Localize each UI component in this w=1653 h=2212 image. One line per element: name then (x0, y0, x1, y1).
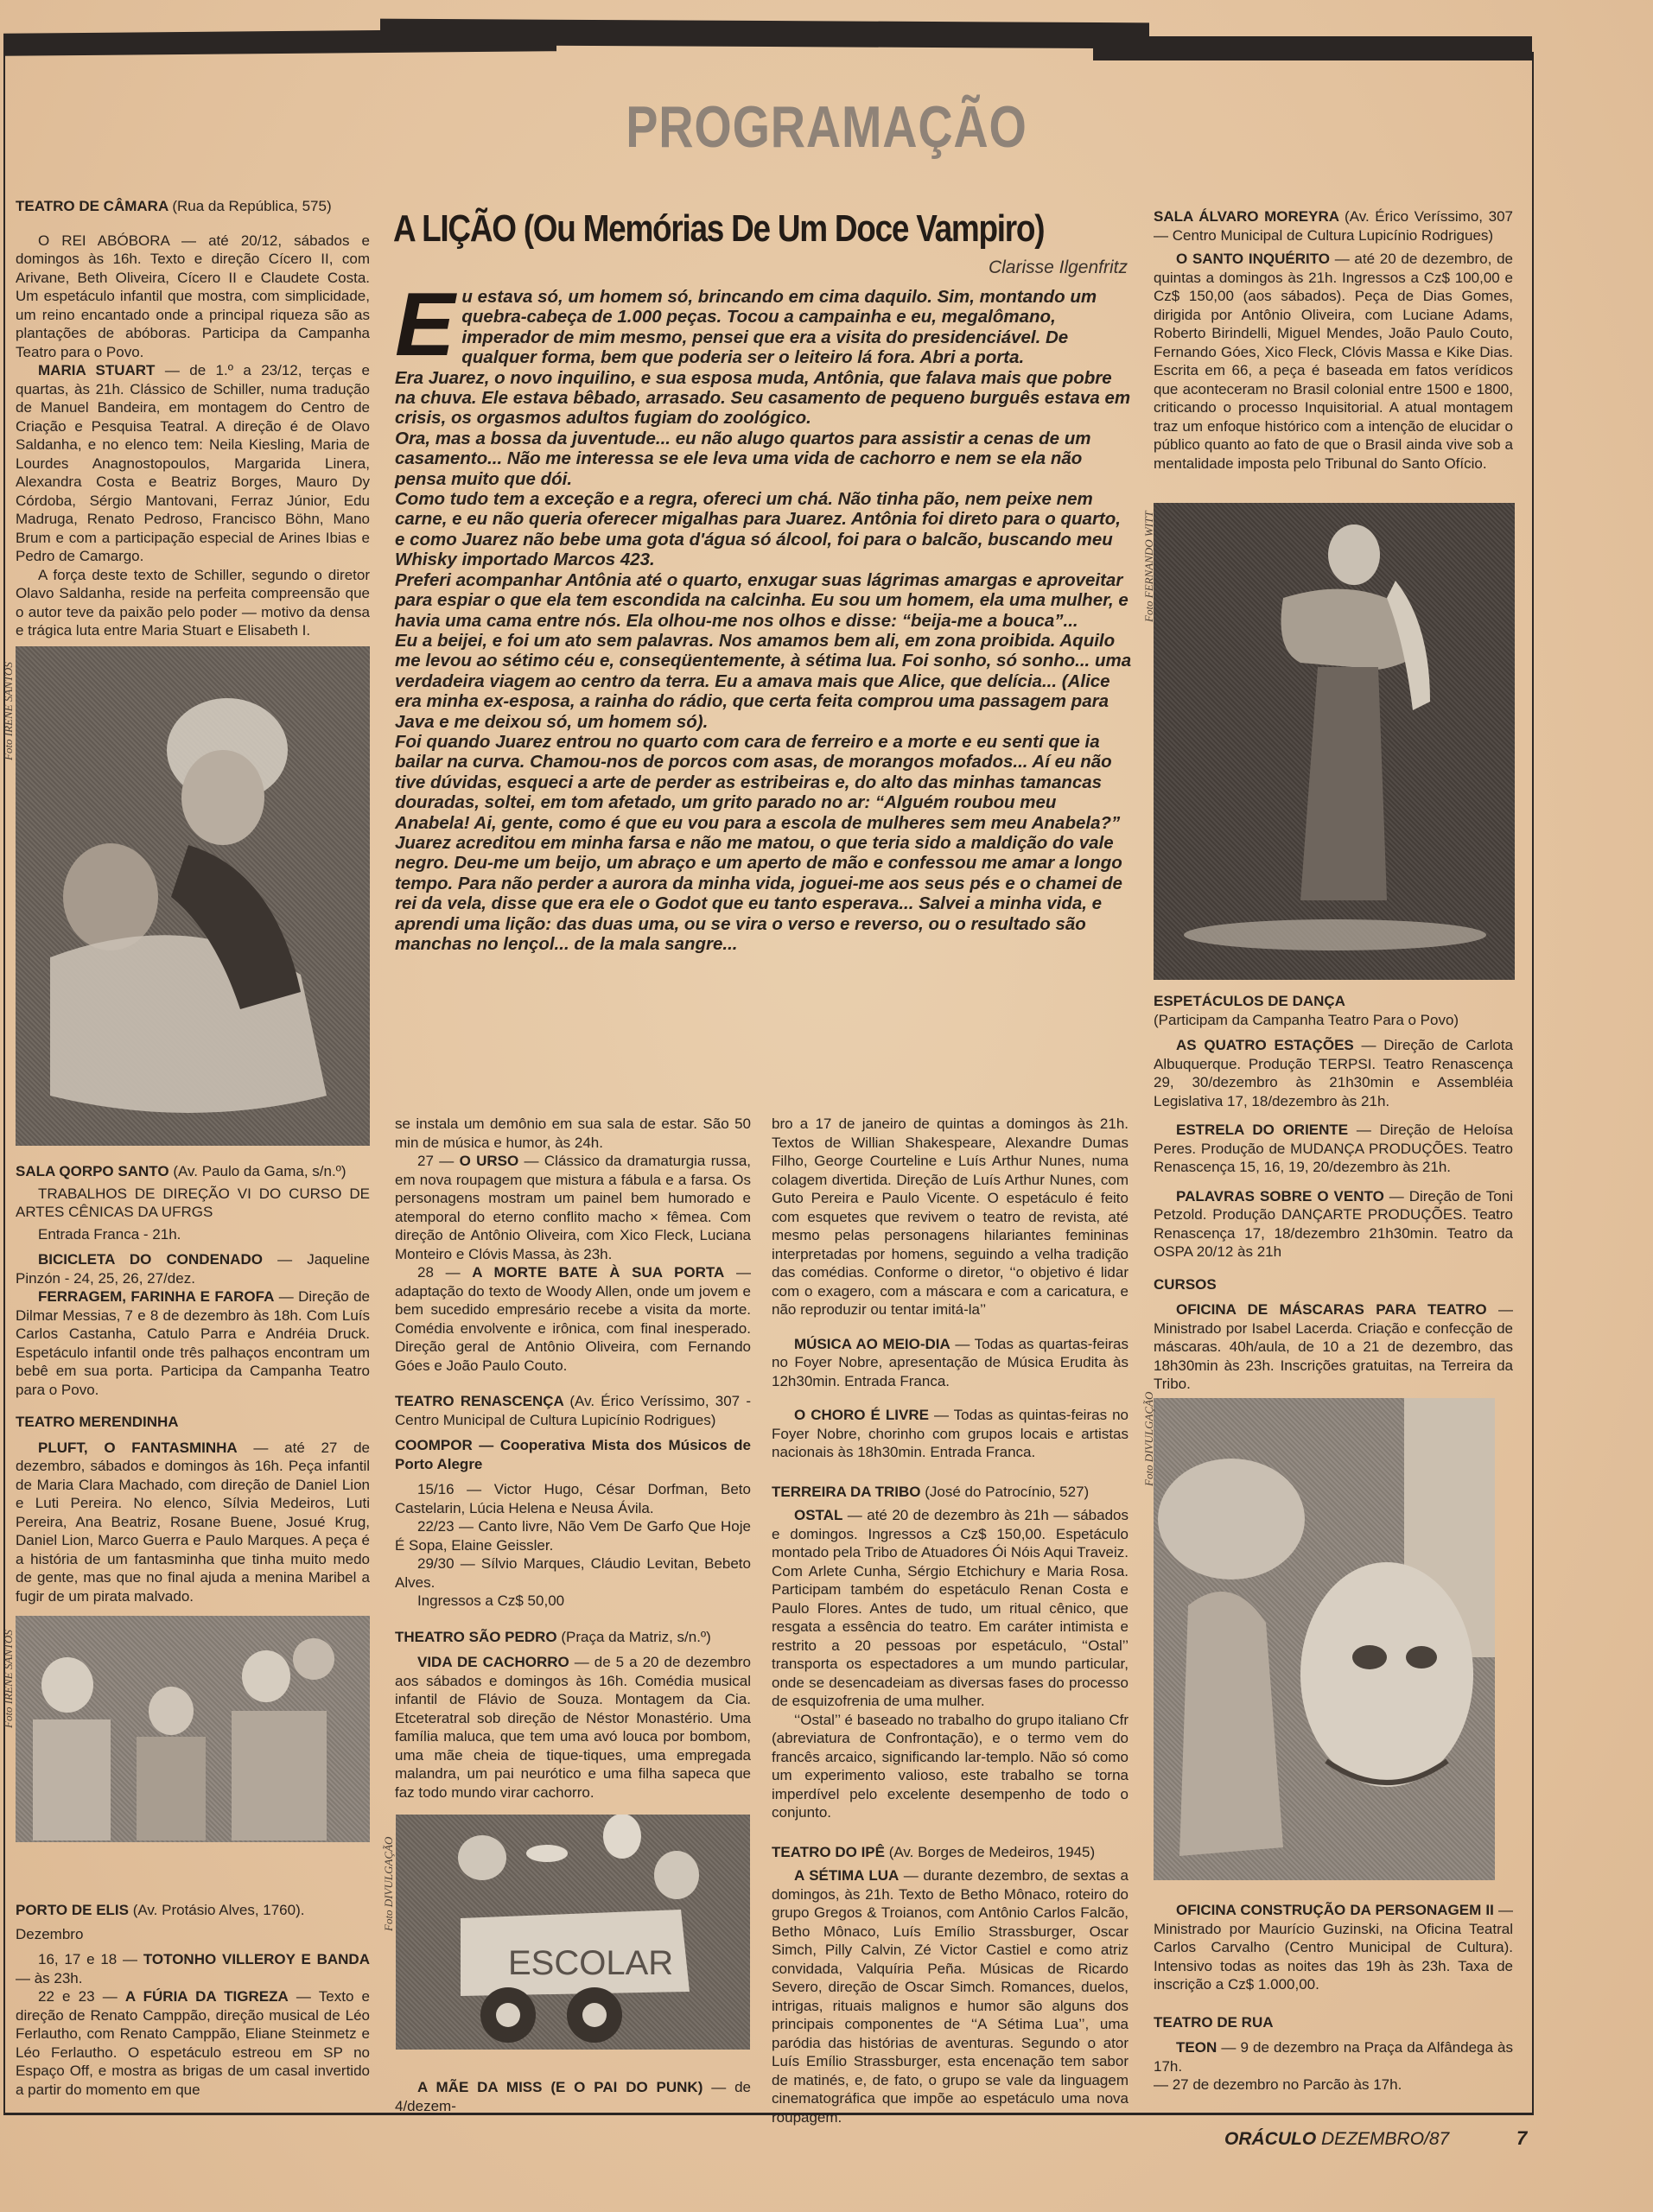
venue-heading: THEATRO SÃO PEDRO (Praça da Matriz, s/n.… (395, 1628, 751, 1647)
listing-entry: ESTRELA DO ORIENTE — Direção de Heloísa … (1154, 1121, 1513, 1177)
listing-entry: TEON — 9 de dezembro na Praça da Alfânde… (1154, 2038, 1513, 2075)
column-4-bottom: OFICINA CONSTRUÇÃO DA PERSONAGEM II — Mi… (1154, 1901, 1513, 2094)
listing-entry: AS QUATRO ESTAÇÕES — Direção de Carlota … (1154, 1036, 1513, 1110)
photo-maria-stuart (16, 646, 370, 1146)
continued-text: bro a 17 de janeiro de quintas a domingo… (772, 1115, 1128, 1319)
venue-heading: TEATRO DE RUA (1154, 2013, 1513, 2032)
photo-credit: Foto FERNANDO WITT (1142, 511, 1156, 622)
month-label: Dezembro (16, 1925, 370, 1944)
venue-heading: PORTO DE ELIS (Av. Protásio Alves, 1760)… (16, 1901, 370, 1920)
listing-entry: TRABALHOS DE DIREÇÃO VI DO CURSO DE ARTE… (16, 1185, 370, 1222)
listing-entry: MARIA STUART — de 1.º a 23/12, terças e … (16, 361, 370, 566)
venue-heading: TEATRO DO IPÊ (Av. Borges de Medeiros, 1… (772, 1843, 1128, 1862)
listing-entry: — 27 de dezembro no Parcão às 17h. (1154, 2075, 1513, 2094)
photo-vida-de-cachorro: ESCOLAR (396, 1815, 750, 2050)
article-paragraph: Foi quando Juarez entrou no quarto com c… (395, 732, 1135, 833)
header-bar (380, 19, 1149, 49)
group-heading: COOMPOR — Cooperativa Mista dos Músicos … (395, 1436, 751, 1473)
footer-publication: ORÁCULO DEZEMBRO/87 (1224, 2129, 1449, 2150)
photo-illustration (1154, 1398, 1495, 1880)
venue-heading: TEATRO MERENDINHA (16, 1413, 370, 1432)
article-paragraph: Era Juarez, o novo inquilino, e sua espo… (395, 368, 1135, 429)
page-number: 7 (1516, 2127, 1527, 2150)
venue-heading: CURSOS (1154, 1275, 1513, 1294)
column-2: se instala um demônio em sua sala de est… (395, 1115, 751, 1802)
venue-heading: SALA QORPO SANTO (Av. Paulo da Gama, s/n… (16, 1162, 370, 1181)
listing-entry: ‘‘Ostal’’ é baseado no trabalho do grupo… (772, 1711, 1128, 1822)
photo-illustration (16, 1616, 370, 1842)
continued-text: se instala um demônio em sua sala de est… (395, 1115, 751, 1152)
listing-entry: FERRAGEM, FARINHA E FAROFA — Direção de … (16, 1287, 370, 1399)
article-paragraph: Como tudo tem a exceção e a regra, ofere… (395, 489, 1135, 570)
listing-entry: 15/16 — Victor Hugo, César Dorfman, Beto… (395, 1480, 751, 1517)
article-paragraph: Eu estava só, um homem só, brincando em … (395, 287, 1135, 368)
listing-entry: A MÃE DA MISS (E O PAI DO PUNK) — de 4/d… (395, 2078, 751, 2115)
photo-illustration: ESCOLAR (396, 1815, 750, 2050)
column-3: bro a 17 de janeiro de quintas a domingo… (772, 1115, 1128, 2126)
article-paragraph: Ora, mas a bossa da juventude... eu não … (395, 429, 1135, 489)
column-1-bottom: PORTO DE ELIS (Av. Protásio Alves, 1760)… (16, 1901, 370, 2099)
listing-entry: O REI ABÓBORA — até 20/12, sábados e dom… (16, 232, 370, 362)
photo-illustration (16, 646, 370, 1146)
listing-entry: Entrada Franca - 21h. (16, 1225, 370, 1244)
listing-entry: VIDA DE CACHORRO — de 5 a 20 de dezembro… (395, 1653, 751, 1802)
listing-entry: 22 e 23 — A FÚRIA DA TIGREZA — Texto e d… (16, 1987, 370, 2099)
listing-entry: OFICINA DE MÁSCARAS PARA TEATRO — Minist… (1154, 1300, 1513, 1394)
article-body: Eu estava só, um homem só, brincando em … (395, 287, 1135, 954)
section-note: (Participam da Campanha Teatro Para o Po… (1154, 1011, 1513, 1030)
column-2-bottom: A MÃE DA MISS (E O PAI DO PUNK) — de 4/d… (395, 2078, 751, 2115)
section-title: PROGRAMAÇÃO (149, 93, 1504, 161)
photo-credit: Foto IRENE SANTOS (2, 1630, 16, 1728)
column-1: TEATRO DE CÂMARA (Rua da República, 575)… (16, 197, 370, 640)
venue-heading: TEATRO RENASCENÇA (Av. Érico Veríssimo, … (395, 1392, 751, 1429)
photo-credit: Foto IRENE SANTOS (2, 662, 16, 760)
listing-entry: A força deste texto de Schiller, segundo… (16, 566, 370, 640)
listing-entry: O CHORO É LIVRE — Todas as quintas-feira… (772, 1406, 1128, 1462)
article-title: A LIÇÃO (Ou Memórias De Um Doce Vampiro) (393, 207, 1025, 251)
article-paragraph: Preferi acompanhar Antônia até o quarto,… (395, 570, 1135, 631)
article-paragraph: Eu a beijei, e foi um ato sem palavras. … (395, 631, 1135, 732)
column-4: SALA ÁLVARO MOREYRA (Av. Érico Veríssimo… (1154, 207, 1513, 473)
listing-entry: MÚSICA AO MEIO-DIA — Todas as quartas-fe… (772, 1335, 1128, 1391)
venue-heading: TEATRO DE CÂMARA (Rua da República, 575) (16, 197, 370, 216)
listing-entry: OSTAL — até 20 de dezembro às 21h — sába… (772, 1506, 1128, 1711)
listing-entry: A SÉTIMA LUA — durante dezembro, de sext… (772, 1866, 1128, 2126)
listing-entry: BICICLETA DO CONDENADO — Jaqueline Pinzó… (16, 1250, 370, 1287)
photo-pluft (16, 1616, 370, 1842)
photo-credit: Foto DIVULGAÇÃO (382, 1837, 396, 1931)
listing-entry: Ingressos a Cz$ 50,00 (395, 1592, 751, 1611)
venue-heading: TERREIRA DA TRIBO (José do Patrocínio, 5… (772, 1483, 1128, 1502)
listing-entry: 27 — O URSO — Clássico da dramaturgia ru… (395, 1152, 751, 1263)
photo-mascaras (1154, 1398, 1495, 1880)
listing-entry: O SANTO INQUÉRITO — até 20 de dezembro, … (1154, 250, 1513, 473)
article-paragraph: Juarez acreditou em minha farsa e não me… (395, 833, 1135, 954)
listing-entry: 29/30 — Sílvio Marques, Cláudio Levitan,… (395, 1554, 751, 1592)
photo-illustration (1154, 503, 1515, 980)
venue-heading: ESPETÁCULOS DE DANÇA (1154, 992, 1513, 1011)
photo-santo-inquerito (1154, 503, 1515, 980)
photo-sign-text: ESCOLAR (508, 1944, 673, 1982)
drop-cap: E (395, 289, 455, 361)
column-1-lower: SALA QORPO SANTO (Av. Paulo da Gama, s/n… (16, 1162, 370, 1605)
listing-entry: 28 — A MORTE BATE À SUA PORTA — adaptaçã… (395, 1263, 751, 1375)
listing-entry: 22/23 — Canto livre, Não Vem De Garfo Qu… (395, 1517, 751, 1554)
column-4-middle: ESPETÁCULOS DE DANÇA (Participam da Camp… (1154, 992, 1513, 1394)
photo-credit: Foto DIVULGAÇÃO (1142, 1392, 1156, 1486)
listing-entry: OFICINA CONSTRUÇÃO DA PERSONAGEM II — Mi… (1154, 1901, 1513, 1994)
venue-heading: SALA ÁLVARO MOREYRA (Av. Érico Veríssimo… (1154, 207, 1513, 245)
listing-entry: 16, 17 e 18 — TOTONHO VILLEROY E BANDA —… (16, 1950, 370, 1987)
listing-entry: PLUFT, O FANTASMINHA — até 27 de dezembr… (16, 1439, 370, 1606)
article-byline: Clarisse Ilgenfritz (864, 257, 1128, 278)
listing-entry: PALAVRAS SOBRE O VENTO — Direção de Toni… (1154, 1187, 1513, 1262)
